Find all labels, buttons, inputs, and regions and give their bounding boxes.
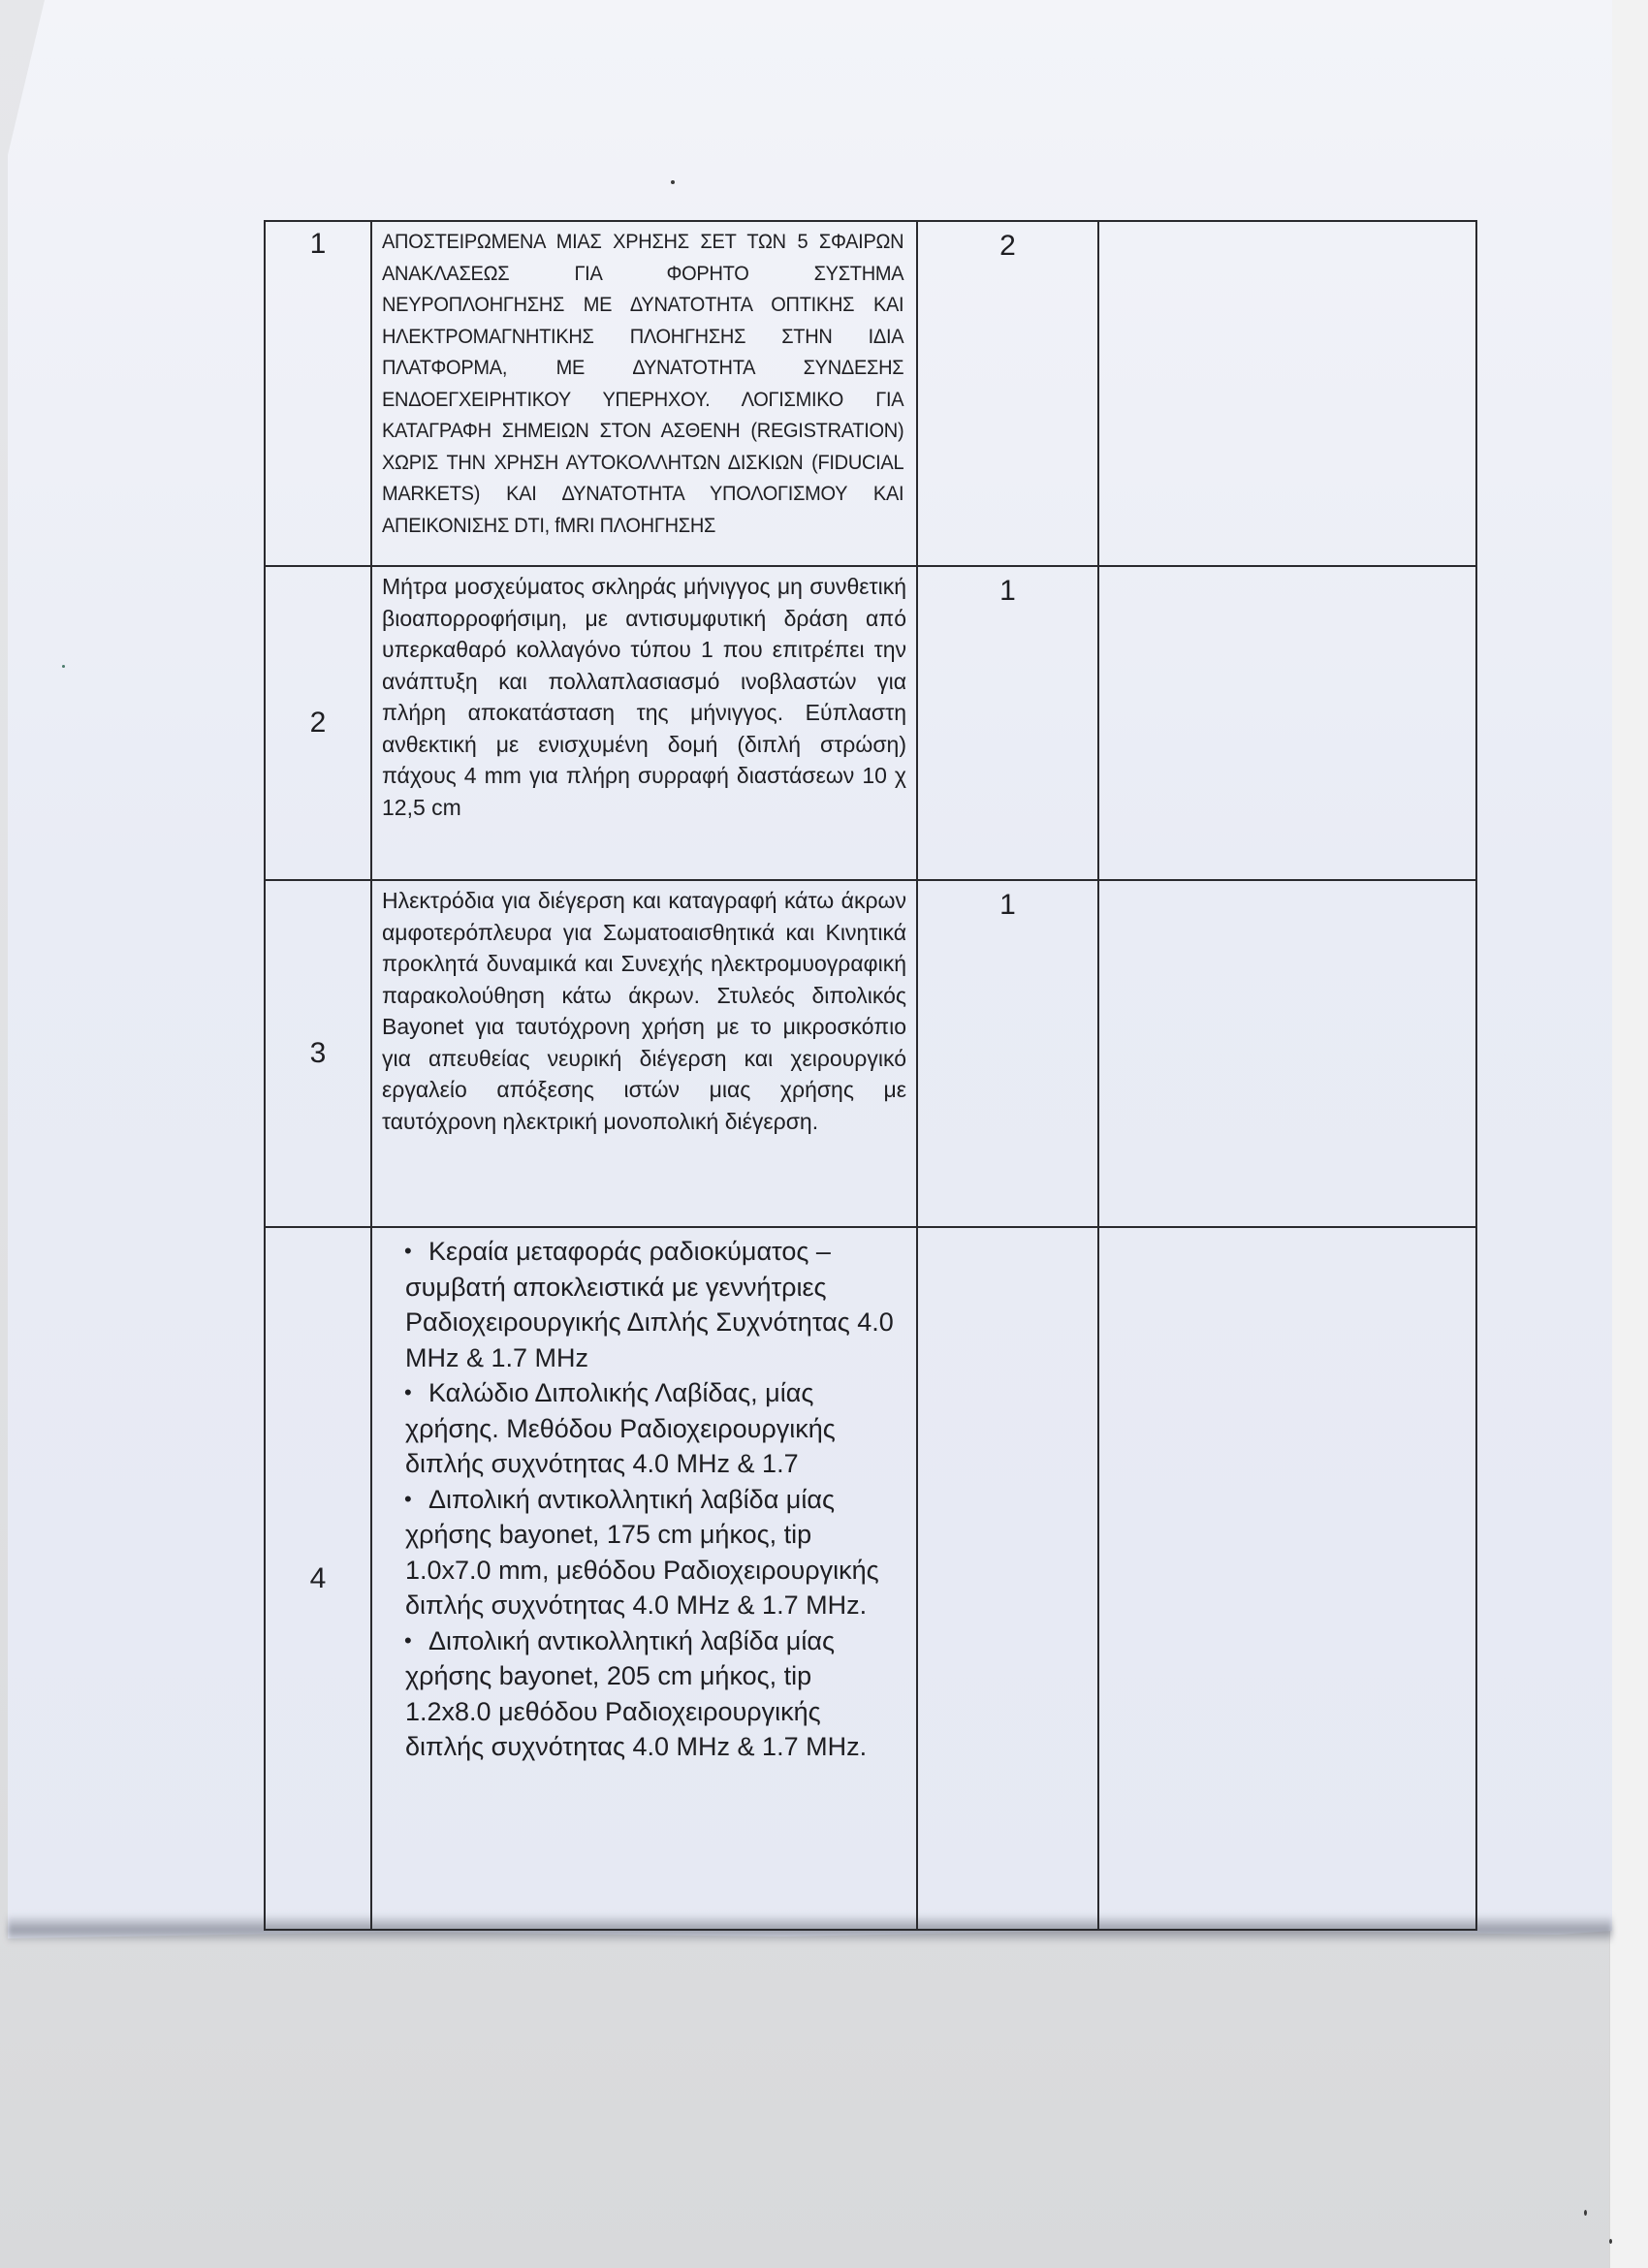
item-extra-column: [1098, 880, 1476, 1227]
item-number: 3: [265, 880, 371, 1227]
table-row: 1 ΑΠΟΣΤΕΙΡΩΜΕΝΑ ΜΙΑΣ ΧΡΗΣΗΣ ΣΕΤ ΤΩΝ 5 ΣΦ…: [265, 221, 1476, 566]
bullet-item: Διπολική αντικολλητική λαβίδα μίας χρήση…: [405, 1623, 906, 1765]
item-quantity: [917, 1227, 1098, 1930]
scan-speck: [1609, 2239, 1612, 2244]
item-description: ΑΠΟΣΤΕΙΡΩΜΕΝΑ ΜΙΑΣ ΧΡΗΣΗΣ ΣΕΤ ΤΩΝ 5 ΣΦΑΙ…: [371, 221, 917, 566]
item-number: 1: [265, 221, 371, 566]
item-quantity: 1: [917, 880, 1098, 1227]
table-row: 4 Κεραία μεταφοράς ραδιοκύματος –συμβατή…: [265, 1227, 1476, 1930]
table-row: 3 Ηλεκτρόδια για διέγερση και καταγραφή …: [265, 880, 1476, 1227]
bullet-item: Διπολική αντικολλητική λαβίδα μίας χρήση…: [405, 1482, 906, 1623]
item-extra-column: [1098, 221, 1476, 566]
item-quantity: 2: [917, 221, 1098, 566]
bullet-item: Καλώδιο Διπολικής Λαβίδας, μίας χρήσης. …: [405, 1375, 906, 1482]
specification-table: 1 ΑΠΟΣΤΕΙΡΩΜΕΝΑ ΜΙΑΣ ΧΡΗΣΗΣ ΣΕΤ ΤΩΝ 5 ΣΦ…: [264, 220, 1477, 1931]
scan-speck: [62, 665, 65, 668]
item-extra-column: [1098, 566, 1476, 880]
item-description-text: Ηλεκτρόδια για διέγερση και καταγραφή κά…: [382, 885, 906, 1137]
item-description-text: Μήτρα μοσχεύματος σκληράς μήνιγγος μη συ…: [382, 571, 906, 823]
item-bullet-list: Κεραία μεταφοράς ραδιοκύματος –συμβατή α…: [382, 1232, 906, 1765]
item-description: Κεραία μεταφοράς ραδιοκύματος –συμβατή α…: [371, 1227, 917, 1930]
scanner-edge-strip: [1609, 0, 1648, 2268]
item-description: Μήτρα μοσχεύματος σκληράς μήνιγγος μη συ…: [371, 566, 917, 880]
item-description: Ηλεκτρόδια για διέγερση και καταγραφή κά…: [371, 880, 917, 1227]
item-quantity: 1: [917, 566, 1098, 880]
item-number: 4: [265, 1227, 371, 1930]
scan-speck: [671, 180, 675, 184]
item-extra-column: [1098, 1227, 1476, 1930]
scan-speck: [1584, 2210, 1587, 2216]
item-description-text: ΑΠΟΣΤΕΙΡΩΜΕΝΑ ΜΙΑΣ ΧΡΗΣΗΣ ΣΕΤ ΤΩΝ 5 ΣΦΑΙ…: [382, 226, 903, 541]
bullet-item: Κεραία μεταφοράς ραδιοκύματος –συμβατή α…: [405, 1234, 906, 1375]
table-row: 2 Μήτρα μοσχεύματος σκληράς μήνιγγος μη …: [265, 566, 1476, 880]
item-number: 2: [265, 566, 371, 880]
